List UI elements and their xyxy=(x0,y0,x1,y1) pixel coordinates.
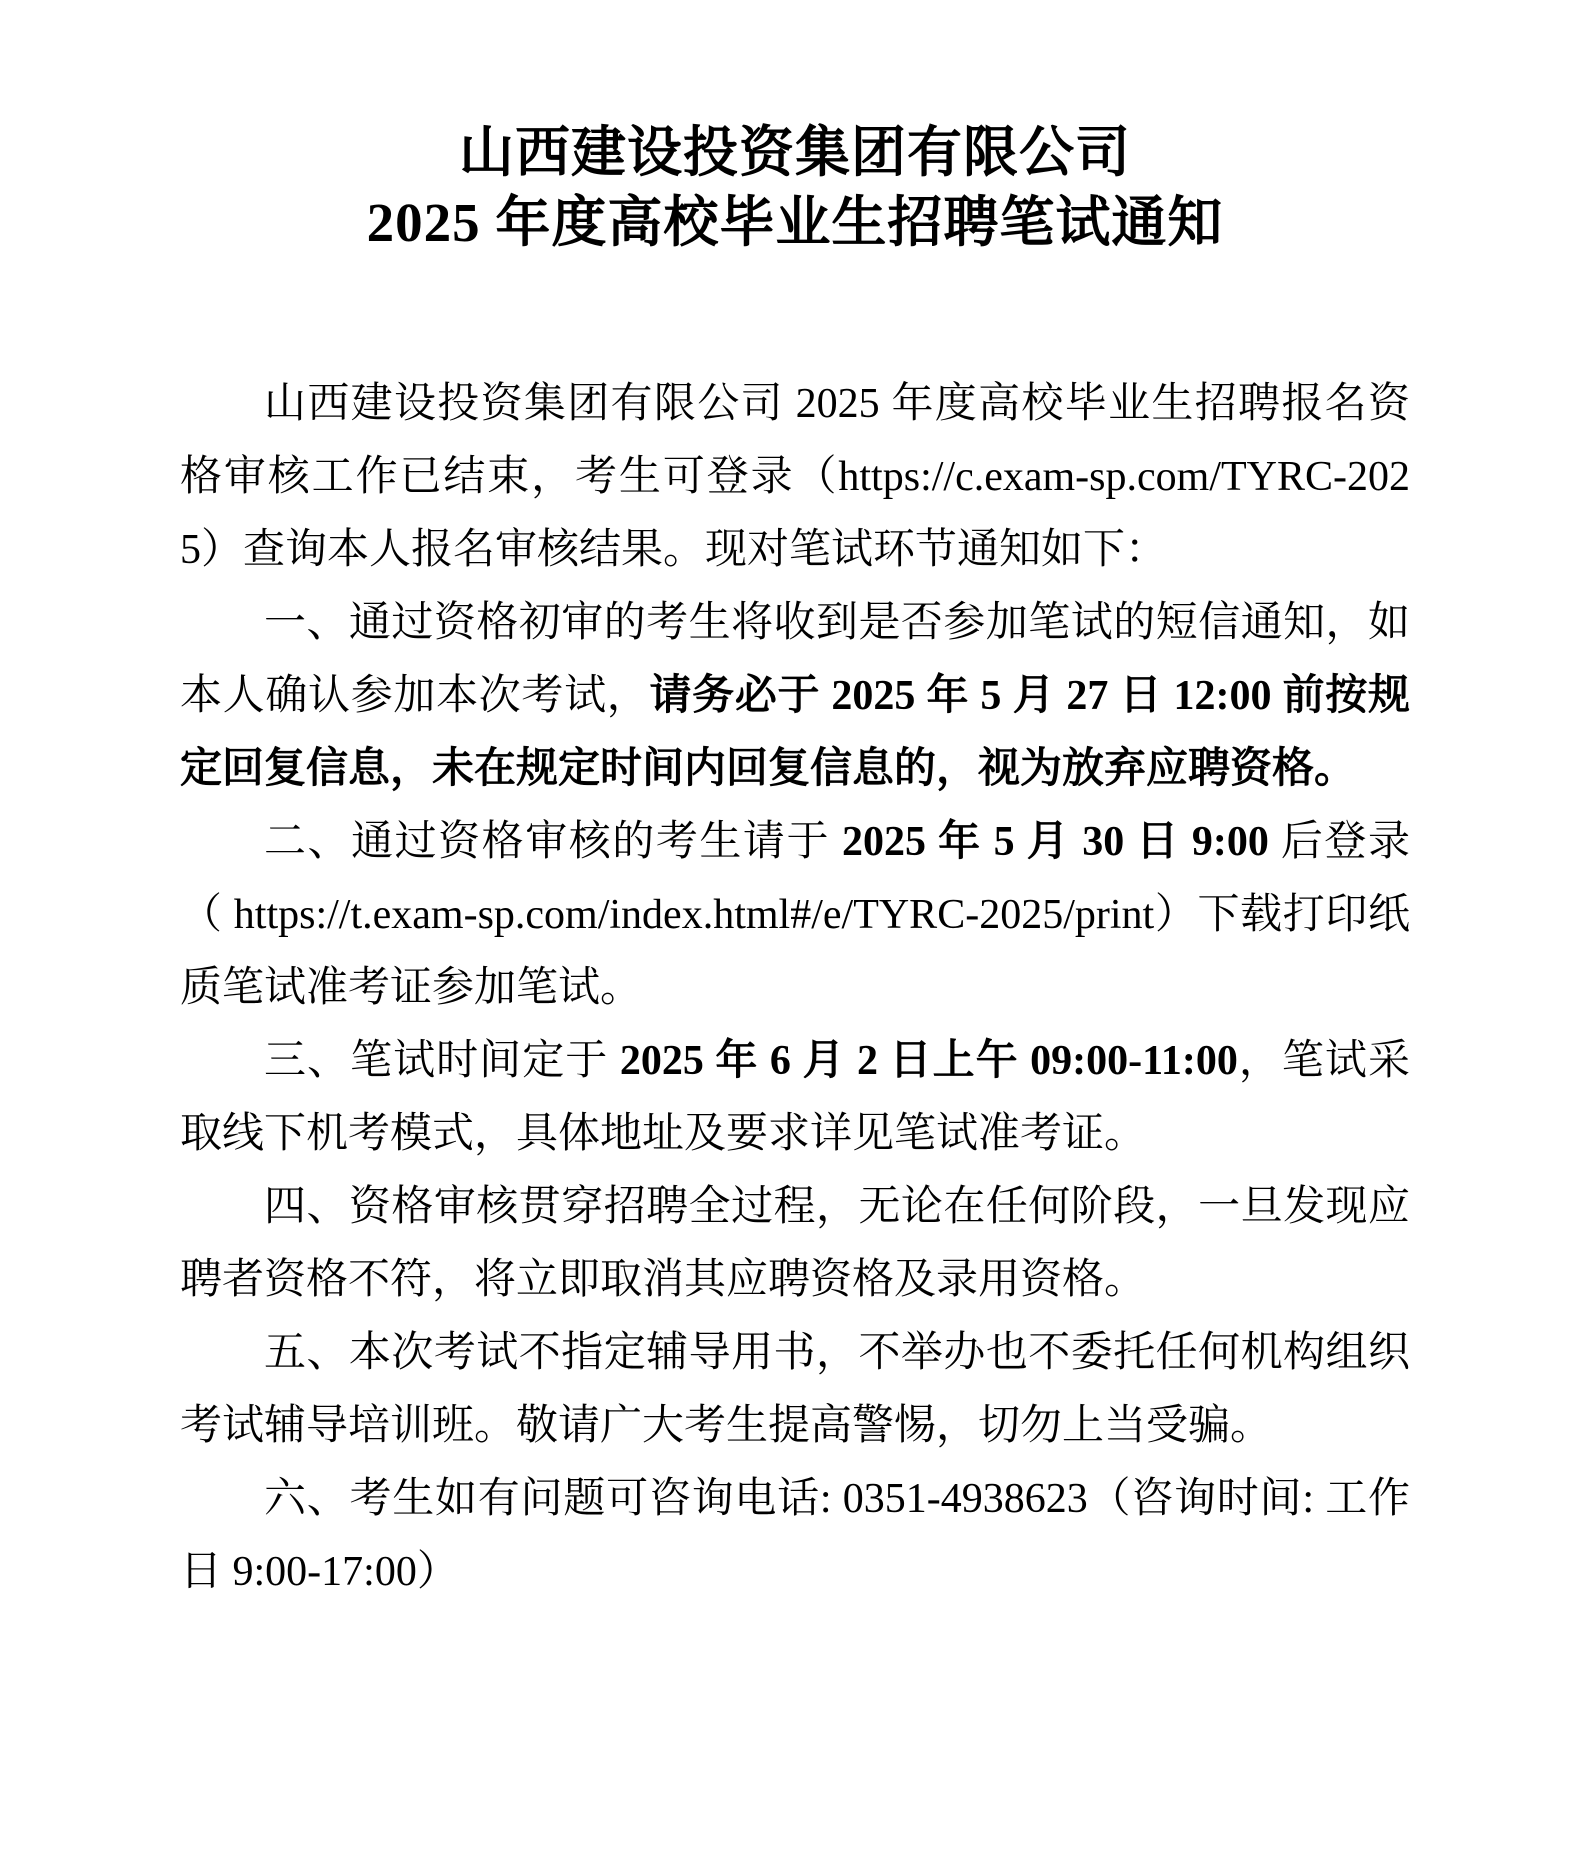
document-title: 山西建设投资集团有限公司 2025 年度高校毕业生招聘笔试通知 xyxy=(180,118,1410,258)
paragraph: 山西建设投资集团有限公司 2025 年度高校毕业生招聘报名资格审核工作已结束，考… xyxy=(180,368,1410,587)
paragraph: 二、通过资格审核的考生请于 2025 年 5 月 30 日 9:00 后登录（ … xyxy=(180,806,1410,1025)
text-segment: 四、资格审核贯穿招聘全过程，无论在任何阶段，一旦发现应聘者资格不符，将立即取消其… xyxy=(180,1184,1410,1303)
bold-text-segment: 2025 年 6 月 2 日上午 09:00-11:00 xyxy=(620,1038,1238,1084)
text-segment: 五、本次考试不指定辅导用书，不举办也不委托任何机构组织考试辅导培训班。敬请广大考… xyxy=(180,1330,1410,1449)
paragraph: 四、资格审核贯穿招聘全过程，无论在任何阶段，一旦发现应聘者资格不符，将立即取消其… xyxy=(180,1171,1410,1317)
text-segment: 二、通过资格审核的考生请于 xyxy=(264,819,842,865)
bold-text-segment: 2025 年 5 月 30 日 9:00 xyxy=(842,819,1269,865)
text-segment: 三、笔试时间定于 xyxy=(264,1038,620,1084)
text-segment: 山西建设投资集团有限公司 2025 年度高校毕业生招聘报名资格审核工作已结束，考… xyxy=(180,381,1410,573)
document-body: 山西建设投资集团有限公司 2025 年度高校毕业生招聘报名资格审核工作已结束，考… xyxy=(180,368,1410,1609)
document-title-line-2: 2025 年度高校毕业生招聘笔试通知 xyxy=(180,188,1410,258)
paragraph: 五、本次考试不指定辅导用书，不举办也不委托任何机构组织考试辅导培训班。敬请广大考… xyxy=(180,1317,1410,1463)
paragraph: 三、笔试时间定于 2025 年 6 月 2 日上午 09:00-11:00，笔试… xyxy=(180,1025,1410,1171)
document-title-line-1: 山西建设投资集团有限公司 xyxy=(180,118,1410,188)
paragraph: 六、考生如有问题可咨询电话: 0351-4938623（咨询时间: 工作日 9:… xyxy=(180,1463,1410,1609)
text-segment: 六、考生如有问题可咨询电话: 0351-4938623（咨询时间: 工作日 9:… xyxy=(180,1476,1410,1595)
document-page: 山西建设投资集团有限公司 2025 年度高校毕业生招聘笔试通知 山西建设投资集团… xyxy=(0,0,1586,1866)
paragraph: 一、通过资格初审的考生将收到是否参加笔试的短信通知，如本人确认参加本次考试，请务… xyxy=(180,587,1410,806)
